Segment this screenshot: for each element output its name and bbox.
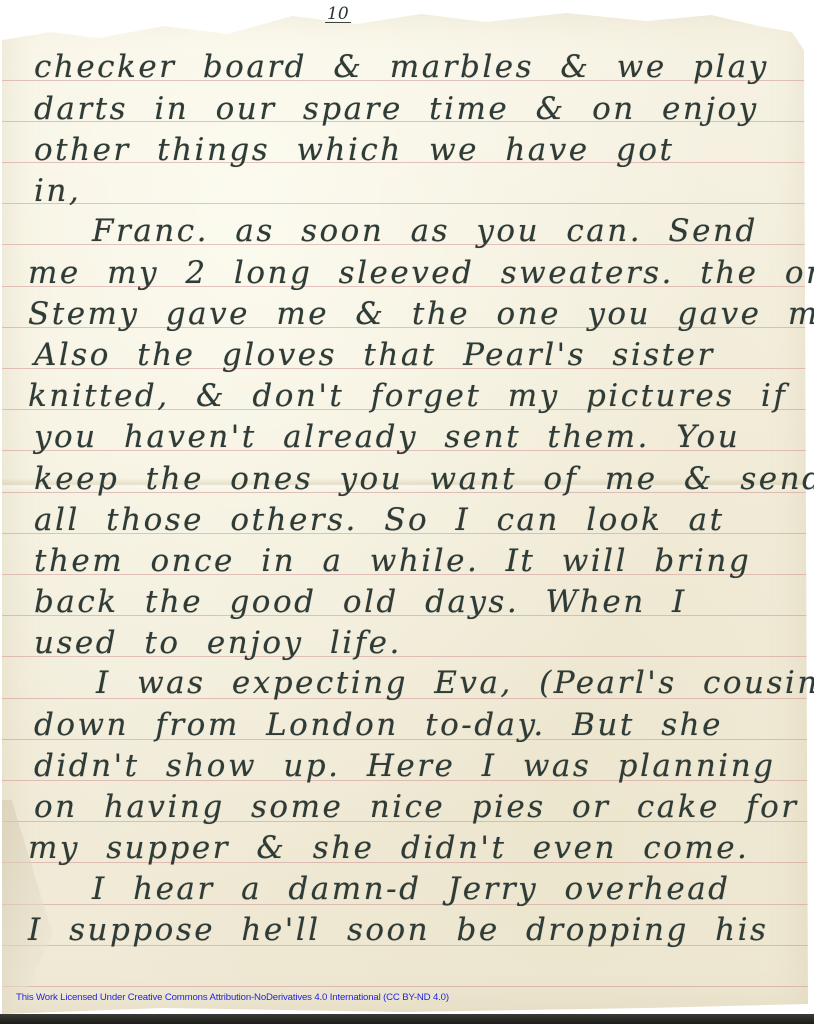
handwritten-line: in, (34, 176, 81, 207)
scan-edge-shadow (0, 1014, 814, 1024)
handwritten-line: knitted, & don't forget my pictures if (28, 381, 787, 412)
ruled-line (2, 203, 808, 204)
scanned-letter-page: 10 checker board & marbles & we play dar… (0, 0, 814, 1024)
handwritten-line: Stemy gave me & the one you gave me (28, 299, 814, 330)
handwritten-line: checker board & marbles & we play (34, 52, 769, 83)
handwritten-line: Franc. as soon as you can. Send (92, 216, 758, 247)
handwritten-line: I suppose he'll soon be dropping his (28, 915, 768, 946)
handwritten-line: other things which we have got (34, 135, 674, 166)
license-notice: This Work Licensed Under Creative Common… (16, 992, 449, 1003)
handwritten-line: me my 2 long sleeved sweaters. the one (28, 258, 814, 289)
handwritten-line: my supper & she didn't even come. (28, 833, 749, 864)
handwritten-line: didn't show up. Here I was planning (34, 751, 776, 782)
handwritten-line: on having some nice pies or cake for (34, 792, 799, 823)
handwritten-line: them once in a while. It will bring (34, 546, 751, 577)
handwritten-line: darts in our spare time & on enjoy (34, 94, 759, 125)
handwritten-line: I hear a damn-d Jerry overhead (92, 874, 731, 905)
handwritten-line: Also the gloves that Pearl's sister (34, 340, 715, 371)
handwritten-line: you haven't already sent them. You (34, 422, 740, 453)
handwritten-line: used to enjoy life. (34, 628, 402, 659)
handwritten-line: I was expecting Eva, (Pearl's cousin) (96, 668, 814, 699)
handwritten-line: back the good old days. When I (34, 587, 687, 618)
page-number: 10 (325, 6, 351, 23)
ruled-line (2, 986, 808, 987)
handwritten-line: keep the ones you want of me & send (34, 464, 814, 495)
handwritten-line: down from London to-day. But she (34, 710, 723, 741)
handwritten-line: all those others. So I can look at (34, 505, 725, 536)
